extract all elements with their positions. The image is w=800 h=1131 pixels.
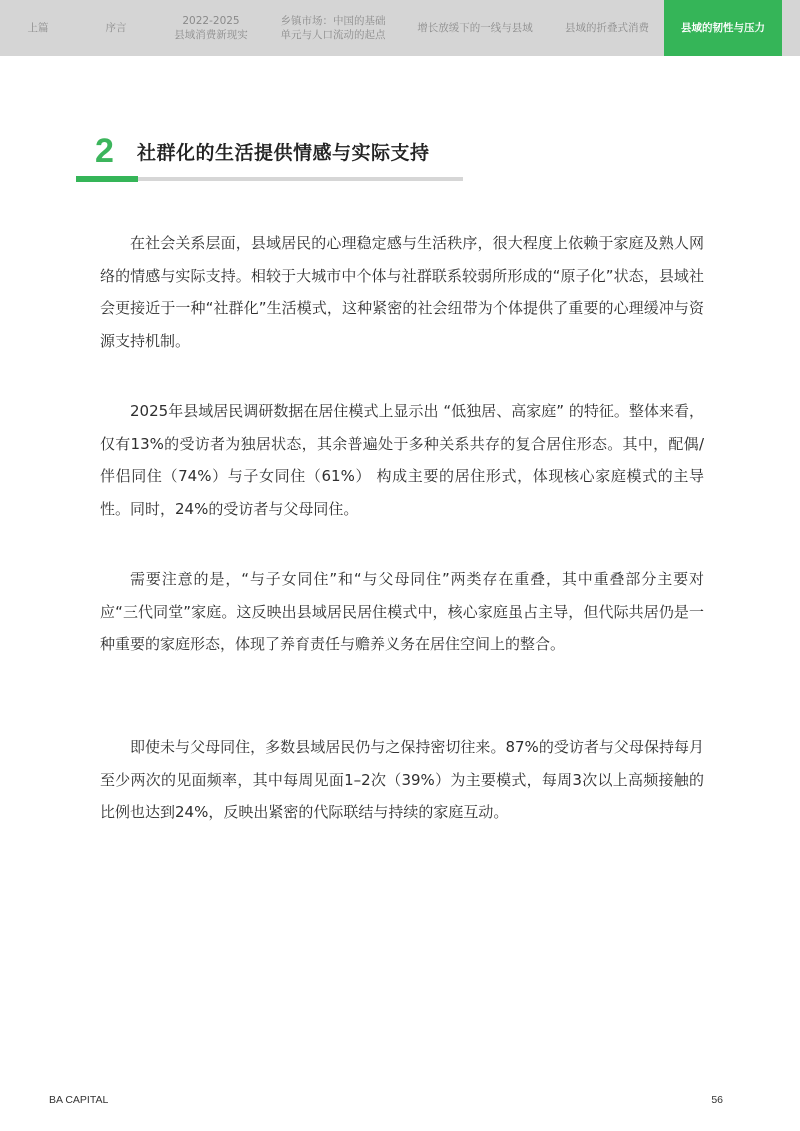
body-paragraph-1: 在社会关系层面，县域居民的心理稳定感与生活秩序，很大程度上依赖于家庭及熟人网络的… [100, 227, 704, 357]
nav-tab-folded-consumption[interactable]: 县域的折叠式消费 [550, 0, 664, 56]
chapter-navigation-bar: 上篇 序言 2022-2025 县域消费新现实 乡镇市场：中国的基础 单元与人口… [0, 0, 800, 56]
nav-tab-label: 县域的韧性与压力 [681, 21, 765, 35]
footer-brand: BA CAPITAL [49, 1094, 108, 1106]
nav-tab-label-line2: 县域消费新现实 [174, 28, 248, 42]
heading-underline-accent [76, 176, 138, 182]
heading-underline [76, 177, 463, 181]
nav-tab-slowing-growth[interactable]: 增长放缓下的一线与县域 [400, 0, 550, 56]
nav-tab-part-one[interactable]: 上篇 [0, 0, 76, 56]
nav-tab-label: 县域的折叠式消费 [565, 21, 649, 35]
nav-tab-label-line1: 2022-2025 [182, 14, 239, 28]
nav-tab-county-consumption-reality[interactable]: 2022-2025 县域消费新现实 [156, 0, 266, 56]
nav-tab-label: 上篇 [28, 21, 49, 35]
nav-tab-label-line2: 单元与人口流动的起点 [281, 28, 386, 42]
nav-tab-preface[interactable]: 序言 [76, 0, 156, 56]
nav-tab-label-line1: 乡镇市场：中国的基础 [281, 14, 386, 28]
body-paragraph-2: 2025年县域居民调研数据在居住模式上显示出 “低独居、高家庭” 的特征。整体来… [100, 395, 704, 525]
section-number: 2 [95, 132, 125, 171]
section-heading: 2 社群化的生活提供情感与实际支持 [95, 131, 430, 171]
nav-tab-township-market[interactable]: 乡镇市场：中国的基础 单元与人口流动的起点 [266, 0, 400, 56]
nav-tab-resilience-and-pressure[interactable]: 县域的韧性与压力 [664, 0, 782, 56]
nav-tab-label: 序言 [106, 21, 127, 35]
footer-page-number: 56 [467, 1094, 723, 1106]
body-paragraph-4: 即使未与父母同住，多数县域居民仍与之保持密切往来。87%的受访者与父母保持每月至… [100, 731, 704, 829]
nav-tab-label: 增长放缓下的一线与县域 [417, 21, 533, 35]
body-paragraph-3: 需要注意的是，“与子女同住”和“与父母同住”两类存在重叠，其中重叠部分主要对应“… [100, 563, 704, 661]
section-title: 社群化的生活提供情感与实际支持 [137, 138, 430, 165]
